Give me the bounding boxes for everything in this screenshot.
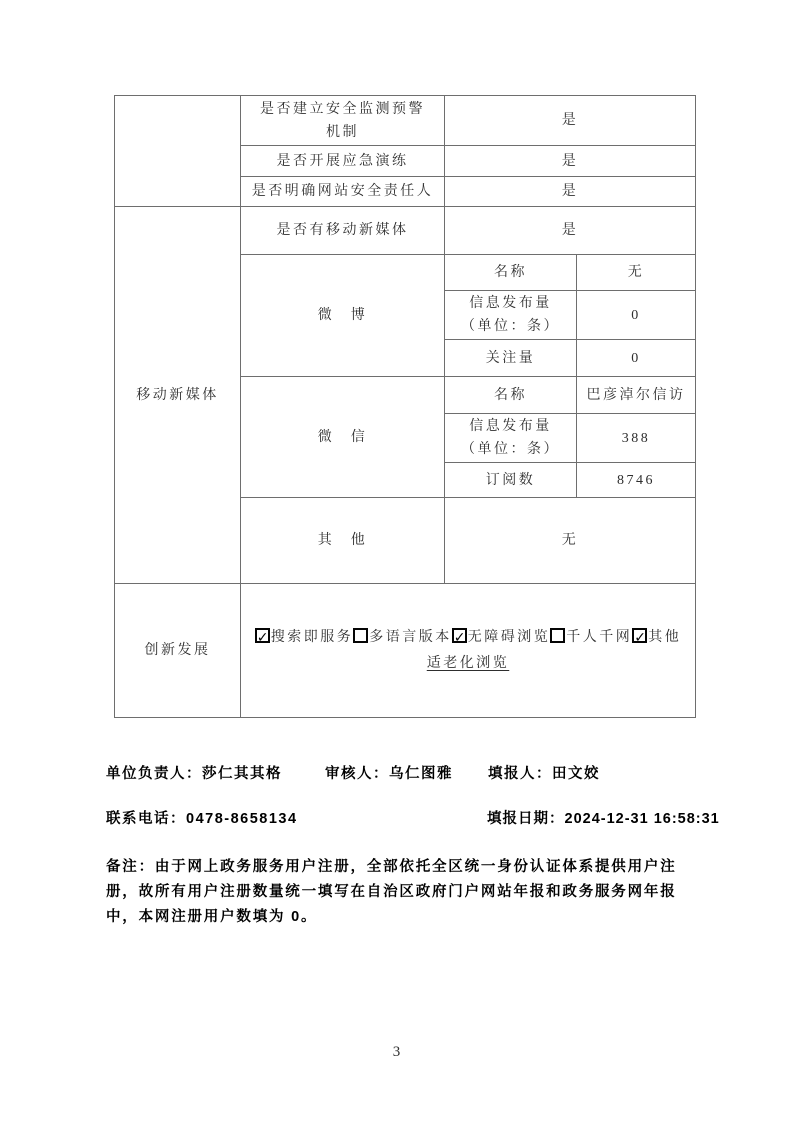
section-label-innovation: 创新发展	[115, 584, 241, 718]
weibo-name-value: 无	[577, 255, 696, 291]
wechat-name-label: 名称	[445, 377, 577, 414]
innovation-option-label: 其他	[648, 630, 681, 645]
page-number: 3	[0, 1044, 793, 1061]
security-question-label: 是否明确网站安全责任人	[241, 177, 445, 207]
filler-text: 填报人：田文姣	[488, 762, 600, 783]
contact-phone-text: 联系电话：0478-8658134	[106, 807, 298, 828]
innovation-option-label: 千人千网	[566, 630, 632, 645]
wechat-label: 微 信	[241, 377, 445, 498]
table-row: 创新发展 搜索即服务多语言版本无障碍浏览千人千网其他 适老化浏览	[115, 584, 696, 718]
has-mobile-media-label: 是否有移动新媒体	[241, 207, 445, 255]
has-mobile-media-value: 是	[445, 207, 696, 255]
reviewer-text: 审核人：乌仁图雅	[325, 762, 453, 783]
unit-head-text: 单位负责人：莎仁其其格	[106, 762, 282, 783]
innovation-other-detail: 适老化浏览	[241, 651, 695, 677]
weibo-followers-value: 0	[577, 340, 696, 377]
document-page: 是否建立安全监测预警 机制 是 是否开展应急演练 是 是否明确网站安全责任人 是…	[0, 0, 793, 1122]
table-row: 是否建立安全监测预警 机制 是	[115, 96, 696, 146]
table-row: 移动新媒体 是否有移动新媒体 是	[115, 207, 696, 255]
checkbox-icon	[452, 628, 467, 643]
innovation-option: 千人千网	[550, 630, 632, 645]
wechat-name-value: 巴彦淖尔信访	[577, 377, 696, 414]
remarks-line: 备注：由于网上政务服务用户注册，全部依托全区统一身份认证体系提供用户注	[106, 855, 686, 880]
security-question-value: 是	[445, 177, 696, 207]
security-question-value: 是	[445, 96, 696, 146]
other-media-label: 其 他	[241, 498, 445, 584]
section-label-mobile-media: 移动新媒体	[115, 207, 241, 584]
security-question-value: 是	[445, 146, 696, 177]
innovation-content-cell: 搜索即服务多语言版本无障碍浏览千人千网其他 适老化浏览	[241, 584, 696, 718]
innovation-option: 搜索即服务	[255, 630, 354, 645]
innovation-option-label: 无障碍浏览	[468, 630, 551, 645]
annual-report-table: 是否建立安全监测预警 机制 是 是否开展应急演练 是 是否明确网站安全责任人 是…	[114, 95, 696, 718]
report-date-text: 填报日期：2024-12-31 16:58:31	[487, 807, 720, 828]
checkbox-icon	[550, 628, 565, 643]
innovation-option: 多语言版本	[353, 630, 452, 645]
innovation-options: 搜索即服务多语言版本无障碍浏览千人千网其他	[241, 625, 695, 651]
innovation-option: 其他	[632, 630, 681, 645]
weibo-posts-label: 信息发布量 （单位：条）	[445, 291, 577, 340]
wechat-subscribers-label: 订阅数	[445, 463, 577, 498]
wechat-posts-value: 388	[577, 414, 696, 463]
other-media-value: 无	[445, 498, 696, 584]
section-label-empty-cell	[115, 96, 241, 207]
remarks-line: 中，本网注册用户数填为 0。	[106, 905, 686, 930]
weibo-label: 微 博	[241, 255, 445, 377]
innovation-option-label: 搜索即服务	[271, 630, 354, 645]
weibo-posts-value: 0	[577, 291, 696, 340]
wechat-subscribers-value: 8746	[577, 463, 696, 498]
checkbox-icon	[353, 628, 368, 643]
innovation-option: 无障碍浏览	[452, 630, 551, 645]
checkbox-icon	[632, 628, 647, 643]
checkbox-icon	[255, 628, 270, 643]
weibo-name-label: 名称	[445, 255, 577, 291]
innovation-option-label: 多语言版本	[369, 630, 452, 645]
security-question-label: 是否开展应急演练	[241, 146, 445, 177]
weibo-followers-label: 关注量	[445, 340, 577, 377]
remarks-paragraph: 备注：由于网上政务服务用户注册，全部依托全区统一身份认证体系提供用户注 册，故所…	[106, 855, 686, 930]
wechat-posts-label: 信息发布量 （单位：条）	[445, 414, 577, 463]
security-question-label: 是否建立安全监测预警 机制	[241, 96, 445, 146]
remarks-line: 册，故所有用户注册数量统一填写在自治区政府门户网站年报和政务服务网年报	[106, 880, 686, 905]
